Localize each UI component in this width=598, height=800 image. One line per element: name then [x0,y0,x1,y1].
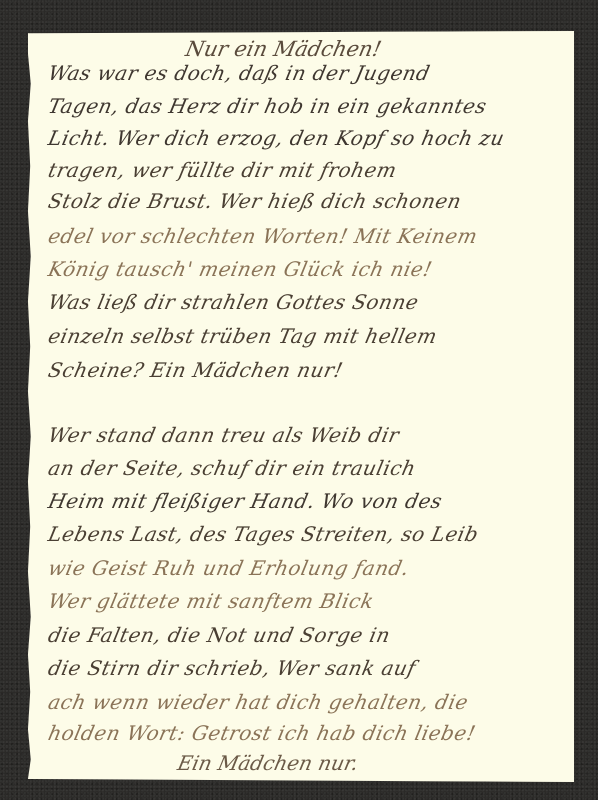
poem-line: Wer stand dann treu als Weib dir [46,423,402,447]
poem-line: Was ließ dir strahlen Gottes Sonne [46,290,421,314]
poem-line: Wer glättete mit sanftem Blick [46,589,376,613]
letter-paper: Nur ein Mädchen! Was war es doch, daß in… [28,31,574,782]
poem-line: an der Seite, schuf dir ein traulich [46,456,418,480]
poem-closing: Ein Mädchen nur. [175,751,360,775]
poem-line: Stolz die Brust. Wer hieß dich schonen [46,189,464,213]
poem-line: Lebens Last, des Tages Streiten, so Leib [46,522,481,546]
poem-line: tragen, wer füllte dir mit frohem [46,158,399,182]
poem-line: Heim mit fleißiger Hand. Wo von des [46,489,445,513]
poem-line: holden Wort: Getrost ich hab dich liebe! [46,721,478,745]
poem-line: ach wenn wieder hat dich gehalten, die [46,690,471,714]
poem-line: die Stirn dir schrieb, Wer sank auf [46,656,418,680]
poem-line: Scheine? Ein Mädchen nur! [46,358,345,382]
poem-line: Tagen, das Herz dir hob in ein gekanntes [46,94,489,118]
poem-line: die Falten, die Not und Sorge in [46,623,393,647]
poem-line: Was war es doch, daß in der Jugend [46,61,432,85]
poem-line: edel vor schlechten Worten! Mit Keinem [46,224,480,248]
poem-line: König tausch' meinen Glück ich nie! [46,257,435,281]
poem-title: Nur ein Mädchen! [183,37,383,61]
poem-line: einzeln selbst trüben Tag mit hellem [46,324,439,348]
poem-line: Licht. Wer dich erzog, den Kopf so hoch … [46,126,507,150]
poem-line: wie Geist Ruh und Erholung fand. [46,556,412,580]
